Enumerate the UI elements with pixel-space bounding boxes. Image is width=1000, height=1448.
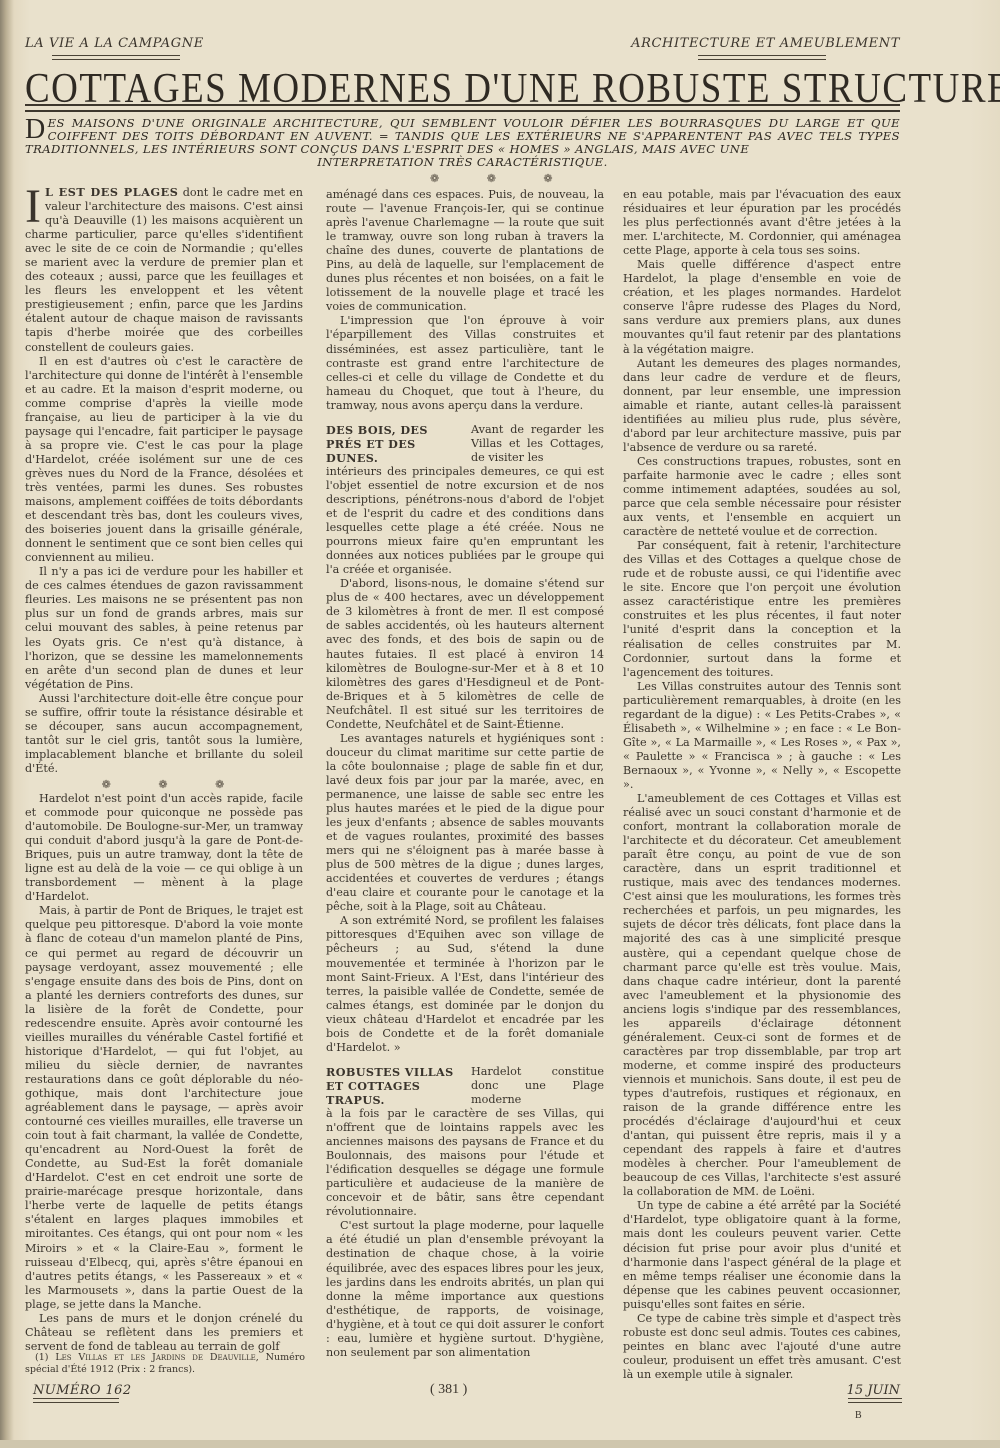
paragraph: Ce type de cabine très simple et d'aspec… bbox=[623, 1312, 901, 1382]
paragraph: D'abord, lisons-nous, le domaine s'étend… bbox=[326, 577, 604, 732]
issue-date: 15 JUIN bbox=[847, 1383, 900, 1398]
section-label: DES BOIS, DES PRÉS ET DES DUNES. bbox=[326, 423, 466, 465]
paragraph: aménagé dans ces espaces. Puis, de nouve… bbox=[326, 188, 604, 314]
paragraph-text: dont le cadre met en valeur l'architectu… bbox=[25, 186, 303, 354]
column-2: aménagé dans ces espaces. Puis, de nouve… bbox=[326, 188, 604, 1360]
subtitle-text: ES MAISONS D'UNE ORIGINALE ARCHITECTURE,… bbox=[25, 116, 900, 156]
header-left-rule bbox=[52, 55, 180, 60]
article-subtitle: D ES MAISONS D'UNE ORIGINALE ARCHITECTUR… bbox=[25, 117, 900, 169]
section-heading-robustes-villas: ROBUSTES VILLAS ET COTTAGES TRAPUS. Hard… bbox=[326, 1065, 604, 1107]
ornament-flower-icon: ❁ ❁ ❁ bbox=[430, 172, 575, 185]
footnote-marker: (1) bbox=[35, 1352, 48, 1363]
page-footer: NUMÉRO 162 ( 381 ) 15 JUIN bbox=[25, 1380, 900, 1420]
signature-mark: B bbox=[855, 1410, 862, 1421]
page: LA VIE A LA CAMPAGNE ARCHITECTURE ET AME… bbox=[0, 0, 1000, 1448]
section-label: ROBUSTES VILLAS ET COTTAGES TRAPUS. bbox=[326, 1065, 466, 1107]
ornament-flower-icon: ❁ ❁ ❁ bbox=[45, 778, 303, 792]
running-head-left: LA VIE A LA CAMPAGNE bbox=[25, 36, 204, 51]
lead-in: L EST DES PLAGES bbox=[45, 185, 179, 199]
section-heading-bois-pres-dunes: DES BOIS, DES PRÉS ET DES DUNES. Avant d… bbox=[326, 423, 604, 465]
paragraph: Autant les demeures des plages normandes… bbox=[623, 357, 901, 455]
paragraph: Mais quelle différence d'aspect entre Ha… bbox=[623, 258, 901, 356]
footer-left-rule bbox=[33, 1398, 119, 1403]
running-head-right: ARCHITECTURE ET AMEUBLEMENT bbox=[631, 36, 900, 51]
paragraph: Les avantages naturels et hygiéniques so… bbox=[326, 732, 604, 915]
paragraph: Ces constructions trapues, robustes, son… bbox=[623, 455, 901, 539]
paragraph: Les pans de murs et le donjon crénelé du… bbox=[25, 1312, 303, 1354]
paragraph: C'est surtout la plage moderne, pour laq… bbox=[326, 1219, 604, 1359]
paragraph: à la fois par le caractère de ses Villas… bbox=[326, 1107, 604, 1219]
header-right-rule bbox=[698, 55, 826, 60]
section-side-text: Avant de regarder les Villas et les Cott… bbox=[471, 423, 604, 465]
paragraph: Aussi l'architecture doit-elle être conç… bbox=[25, 692, 303, 776]
paragraph: IL EST DES PLAGES dont le cadre met en v… bbox=[25, 185, 303, 355]
page-edge bbox=[0, 1440, 1000, 1448]
column-3: en eau potable, mais par l'évacuation de… bbox=[623, 188, 901, 1382]
dropcap: I bbox=[25, 187, 41, 227]
paragraph: Un type de cabine a été arrêté par la So… bbox=[623, 1199, 901, 1311]
paragraph: Il en est d'autres où c'est le caractère… bbox=[25, 355, 303, 566]
paragraph: Mais, à partir de Pont de Briques, le tr… bbox=[25, 904, 303, 1311]
section-side-text: Hardelot constitue donc une Plage modern… bbox=[471, 1065, 604, 1107]
paragraph: intérieurs des principales demeures, ce … bbox=[326, 465, 604, 577]
running-head: LA VIE A LA CAMPAGNE ARCHITECTURE ET AME… bbox=[25, 36, 900, 56]
footnote: (1) Les Villas et les Jardins de Deauvil… bbox=[25, 1352, 305, 1376]
subtitle-last-line: INTERPRETATION TRÈS CARACTÉRISTIQUE. bbox=[25, 156, 900, 169]
page-number: ( 381 ) bbox=[430, 1382, 467, 1398]
subtitle-dropcap: D bbox=[25, 117, 46, 142]
paragraph: A son extrémité Nord, se profilent les f… bbox=[326, 914, 604, 1054]
footnote-title: Les Villas et les Jardins de Deauville bbox=[55, 1352, 255, 1363]
paragraph: L'impression que l'on éprouve à voir l'é… bbox=[326, 314, 604, 412]
column-1: IL EST DES PLAGES dont le cadre met en v… bbox=[25, 185, 303, 1354]
paragraph: Il n'y a pas ici de verdure pour les hab… bbox=[25, 565, 303, 691]
footer-right-rule bbox=[848, 1398, 902, 1403]
issue-number: NUMÉRO 162 bbox=[33, 1383, 132, 1398]
title-double-rule bbox=[25, 104, 900, 112]
paragraph: Les Villas construites autour des Tennis… bbox=[623, 680, 901, 792]
paragraph: L'ameublement de ces Cottages et Villas … bbox=[623, 792, 901, 1199]
paragraph: Hardelot n'est point d'un accès rapide, … bbox=[25, 792, 303, 904]
paragraph: Par conséquent, fait à retenir, l'archit… bbox=[623, 539, 901, 679]
paragraph: en eau potable, mais par l'évacuation de… bbox=[623, 188, 901, 258]
